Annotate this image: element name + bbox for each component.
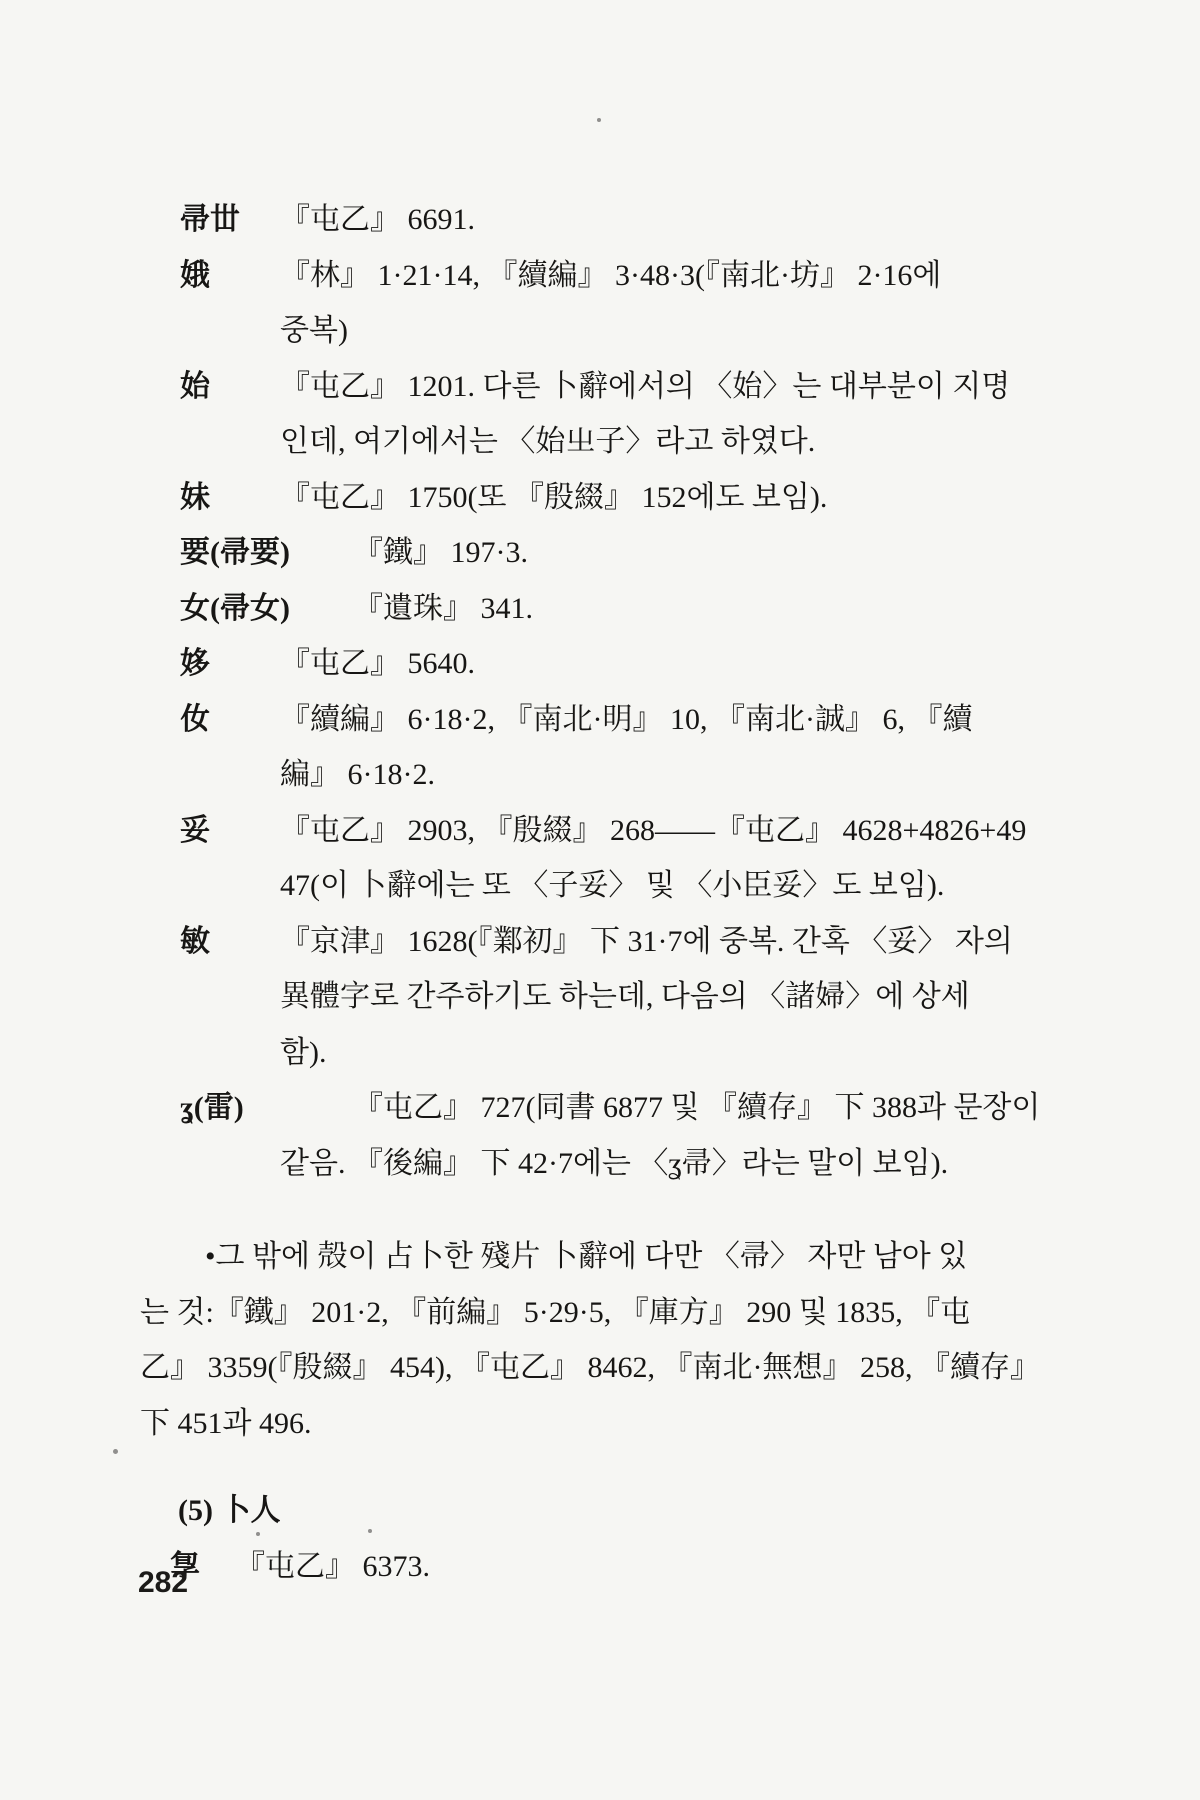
women-names-entry-list: 帚丗 『屯乙』 6691. 娥 『林』 1·21·14, 『續編』 3·48·3…	[0, 192, 1200, 1191]
entry-row: ʓ(雷) 『屯乙』 727(同書 6877 및 『續存』 下 388과 문장이 …	[0, 1080, 1200, 1191]
entry-row: 妹 『屯乙』 1750(또 『殷綴』 152에도 보임).	[0, 470, 1200, 526]
entry-reference: 『林』 1·21·14, 『續編』 3·48·3(『南北·坊』 2·16에 중복…	[280, 248, 1200, 359]
entry-row: 要(帚要) 『鐵』 197·3.	[0, 525, 1200, 581]
entry-reference: 『遺珠』 341.	[280, 581, 1200, 637]
entry-headword: 敏	[180, 914, 210, 970]
entry-reference: 『屯乙』 1201. 다른 卜辭에서의 〈始〉는 대부분이 지명 인데, 여기에…	[280, 359, 1200, 470]
entry-headword: ʓ(雷)	[180, 1080, 244, 1136]
entry-reference: 『屯乙』 1750(또 『殷綴』 152에도 보임).	[280, 470, 1200, 526]
entry-reference: 『屯乙』 727(同書 6877 및 『續存』 下 388과 문장이 같음. 『…	[280, 1080, 1200, 1191]
entry-reference: 『屯乙』 6691.	[280, 192, 1200, 248]
entry-headword: 娥	[180, 248, 210, 304]
entry-row: 女(帚女) 『遺珠』 341.	[0, 581, 1200, 637]
entry-reference: 『鐵』 197·3.	[280, 525, 1200, 581]
entry-reference: 『續編』 6·18·2, 『南北·明』 10, 『南北·誠』 6, 『續 編』 …	[280, 692, 1200, 803]
entry-row: 㚢 『續編』 6·18·2, 『南北·明』 10, 『南北·誠』 6, 『續 編…	[0, 692, 1200, 803]
entry-row: 妥 『屯乙』 2903, 『殷綴』 268——『屯乙』 4628+4826+49…	[0, 803, 1200, 914]
book-page: 帚丗 『屯乙』 6691. 娥 『林』 1·21·14, 『續編』 3·48·3…	[0, 0, 1200, 1800]
entry-row: 姼 『屯乙』 5640.	[0, 636, 1200, 692]
entry-row: 娥 『林』 1·21·14, 『續編』 3·48·3(『南北·坊』 2·16에 …	[0, 248, 1200, 359]
entry-headword: 始	[180, 359, 210, 415]
entry-headword: 妹	[180, 470, 210, 526]
entry-headword: 要(帚要)	[180, 525, 290, 581]
entry-reference: 『屯乙』 6373.	[235, 1539, 1200, 1595]
entry-row: 敏 『京津』 1628(『鄴初』 下 31·7에 중복. 간혹 〈妥〉 자의 異…	[0, 914, 1200, 1081]
entry-row: 帚丗 『屯乙』 6691.	[0, 192, 1200, 248]
note-paragraph: •그 밖에 殻이 占卜한 殘片 卜辭에 다만 〈帚〉 자만 남아 있 는 것:『…	[140, 1229, 1120, 1451]
page-number: 282	[138, 1566, 188, 1600]
entry-reference: 『屯乙』 5640.	[280, 636, 1200, 692]
entry-headword: 帚丗	[180, 192, 240, 248]
entry-headword: 姼	[180, 636, 210, 692]
entry-reference: 『京津』 1628(『鄴初』 下 31·7에 중복. 간혹 〈妥〉 자의 異體字…	[280, 914, 1200, 1081]
entry-headword: 㚢	[180, 692, 210, 748]
entry-headword: 女(帚女)	[180, 581, 290, 637]
entry-headword: 妥	[180, 803, 210, 859]
entry-reference: 『屯乙』 2903, 『殷綴』 268——『屯乙』 4628+4826+49 4…	[280, 803, 1200, 914]
section-heading: (5) 卜人	[178, 1483, 1200, 1539]
scan-speck	[597, 118, 601, 122]
entry-row: 始 『屯乙』 1201. 다른 卜辭에서의 〈始〉는 대부분이 지명 인데, 여…	[0, 359, 1200, 470]
page-content: 帚丗 『屯乙』 6691. 娥 『林』 1·21·14, 『續編』 3·48·3…	[0, 192, 1200, 1594]
